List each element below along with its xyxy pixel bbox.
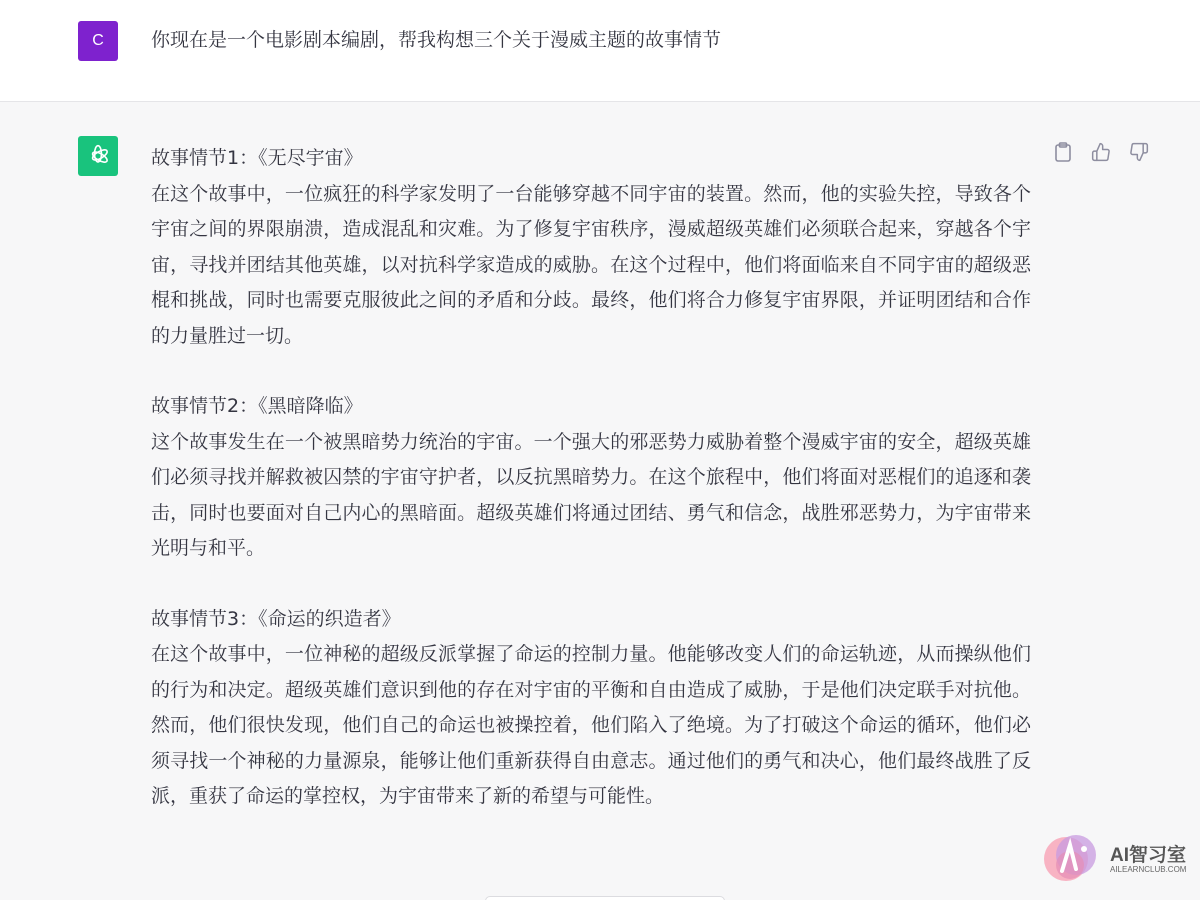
story-block: 故事情节2：《黑暗降临》 这个故事发生在一个被黑暗势力统治的宇宙。一个强大的邪恶…: [151, 389, 1031, 567]
user-avatar: C: [78, 21, 118, 61]
aiclub-logo-icon: [1040, 825, 1100, 887]
regenerate-button-partial[interactable]: [485, 896, 725, 900]
story-block: 故事情节3：《命运的织造者》 在这个故事中，一位神秘的超级反派掌握了命运的控制力…: [151, 602, 1031, 815]
story-body: 这个故事发生在一个被黑暗势力统治的宇宙。一个强大的邪恶势力威胁着整个漫威宇宙的安…: [151, 425, 1031, 567]
story-body: 在这个故事中，一位疯狂的科学家发明了一台能够穿越不同宇宙的装置。然而，他的实验失…: [151, 177, 1031, 355]
openai-logo-icon: [85, 143, 111, 169]
thumbs-up-button[interactable]: [1090, 141, 1112, 163]
assistant-message-row: 故事情节1：《无尽宇宙》 在这个故事中，一位疯狂的科学家发明了一台能够穿越不同宇…: [0, 103, 1200, 900]
assistant-avatar: [78, 136, 118, 176]
user-avatar-letter: C: [92, 32, 104, 50]
assistant-message-content: 故事情节1：《无尽宇宙》 在这个故事中，一位疯狂的科学家发明了一台能够穿越不同宇…: [151, 141, 1031, 850]
user-message-text: 你现在是一个电影剧本编剧，帮我构想三个关于漫威主题的故事情节: [151, 26, 721, 54]
watermark: AI智习室 AILEARNCLUB.COM: [1040, 825, 1200, 895]
story-title: 故事情节3：《命运的织造者》: [151, 602, 1031, 638]
thumbs-down-icon: [1129, 142, 1149, 162]
user-message-row: C 你现在是一个电影剧本编剧，帮我构想三个关于漫威主题的故事情节: [0, 0, 1200, 102]
thumbs-down-button[interactable]: [1128, 141, 1150, 163]
story-title: 故事情节1：《无尽宇宙》: [151, 141, 1031, 177]
message-actions: [1052, 141, 1150, 163]
thumbs-up-icon: [1091, 142, 1111, 162]
watermark-title: AI智习室: [1110, 840, 1186, 867]
watermark-subtitle: AILEARNCLUB.COM: [1110, 865, 1186, 874]
story-body: 在这个故事中，一位神秘的超级反派掌握了命运的控制力量。他能够改变人们的命运轨迹，…: [151, 637, 1031, 815]
copy-button[interactable]: [1052, 141, 1074, 163]
clipboard-icon: [1054, 142, 1072, 162]
story-title: 故事情节2：《黑暗降临》: [151, 389, 1031, 425]
story-block: 故事情节1：《无尽宇宙》 在这个故事中，一位疯狂的科学家发明了一台能够穿越不同宇…: [151, 141, 1031, 354]
